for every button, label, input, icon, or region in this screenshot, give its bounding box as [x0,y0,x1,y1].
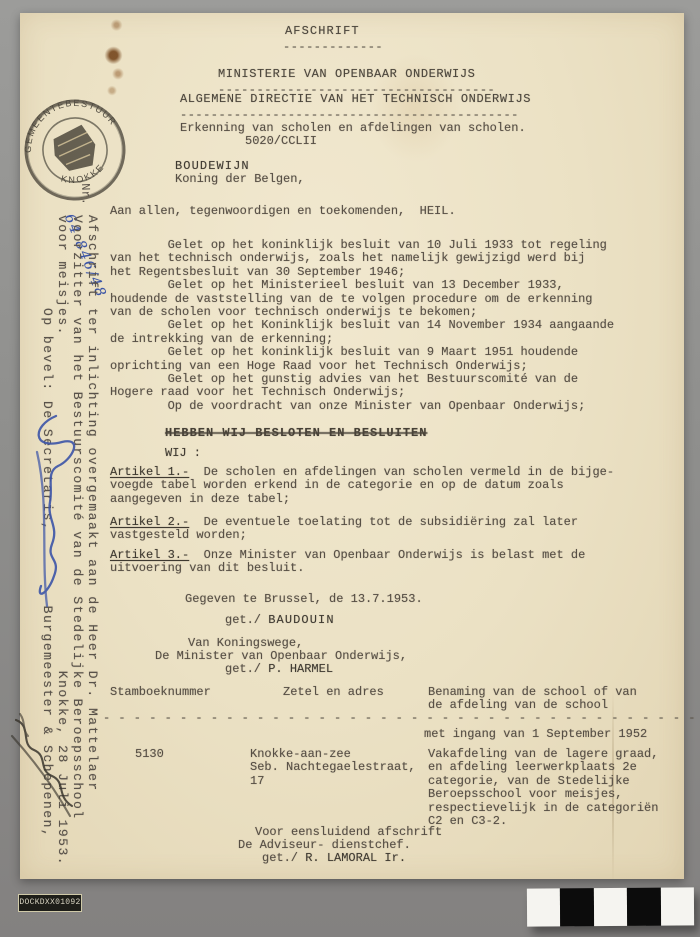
table-header-benaming: Benaming van de school of van de afdelin… [428,686,637,713]
archive-label: DOCKDXX01092 [18,894,82,912]
scale-bar [527,887,694,926]
certification-signature-line: get./ R. LAMORAL Ir. [262,852,406,865]
cell-benaming: Vakafdeling van de lagere graad, en afde… [428,748,658,828]
effective-date-line: met ingang van 1 September 1952 [424,728,647,741]
given-at-line: Gegeven te Brussel, de 13.7.1953. [185,593,423,606]
ministry-heading: MINISTERIE VAN OPENBAAR ONDERWIJS [218,68,475,81]
scale-square-black [627,888,661,926]
king-title: Koning der Belgen, [175,173,305,186]
salutation-line: Aan allen, tegenwoordigen en toekomenden… [110,205,456,218]
article-1: Artikel 1.- De scholen en afdelingen van… [110,466,630,506]
article-3: Artikel 3.- Onze Minister van Openbaar O… [110,549,630,576]
king-signature-line: get./ BAUDOUIN [225,614,335,627]
cell-stamboeknummer: 5130 [135,748,164,761]
minister-signature-line: get./ P. HARMEL [225,663,333,676]
minister-signature-name: P. HARMEL [268,662,333,676]
document-page: GEMEENTEBESTUUR KNOKKE Nr. 64 846/48 Afs… [20,13,684,879]
article-2-label: Artikel 2.- [110,515,189,529]
enacting-wij: WIJ : [165,447,201,460]
nr-label: Nr. [78,183,93,212]
scale-square-white [527,888,561,926]
signed-prefix: get./ [225,662,268,676]
ink-stain [100,15,130,99]
scale-square-black [560,888,594,926]
signed-prefix: get./ [262,851,305,865]
copy-heading: AFSCHRIFT [285,25,360,38]
recitals-block: Gelet op het koninklijk besluit van 10 J… [110,239,620,413]
reference-number: 5020/CCLII [245,135,317,148]
heading-rule: ------------- [283,41,383,54]
certifier-name: R. LAMORAL Ir. [305,851,406,865]
enacting-formula: HEBBEN WIJ BESLOTEN EN BESLUITEN [165,427,427,440]
directorate-heading: ALGEMENE DIRECTIE VAN HET TECHNISCH ONDE… [180,93,531,106]
signed-prefix: get./ [225,613,268,627]
article-3-label: Artikel 3.- [110,548,189,562]
article-2: Artikel 2.- De eventuele toelating tot d… [110,516,630,543]
blue-signature [22,408,96,618]
scale-square-white [660,887,694,925]
scale-square-white [594,888,628,926]
municipal-stamp-icon: GEMEENTEBESTUUR KNOKKE [16,91,134,209]
table-separator: - - - - - - - - - - - - - - - - - - - - … [103,712,700,725]
table-header-stamboeknummer: Stamboeknummer [110,686,211,699]
subject-line: Erkenning van scholen en afdelingen van … [180,122,526,135]
article-1-label: Artikel 1.- [110,465,189,479]
table-header-zetel: Zetel en adres [283,686,384,699]
dark-signature [8,708,103,828]
king-signature-name: BAUDOUIN [268,613,334,627]
scanned-document-scene: GEMEENTEBESTUUR KNOKKE Nr. 64 846/48 Afs… [0,0,700,937]
cell-zetel-en-adres: Knokke-aan-zee Seb. Nachtegaelestraat, 1… [250,748,416,788]
